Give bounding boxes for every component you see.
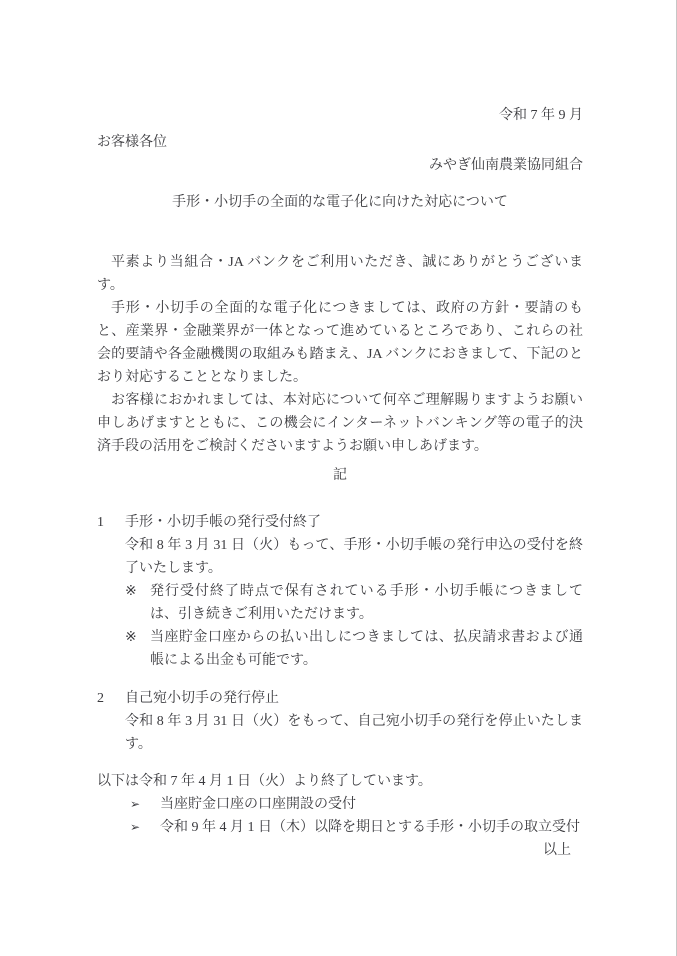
recipient-line: お客様各位 [97, 131, 583, 154]
ki-label: 記 [97, 464, 583, 487]
document-title: 手形・小切手の全面的な電子化に向けた対応について [97, 191, 583, 214]
note-text: 当座貯金口座からの払い出しにつきましては、払戻請求書および通帳による出金も可能で… [150, 626, 583, 672]
paragraph-greeting: 平素より当組合・JA バンクをご利用いただき、誠にありがとうございます。 [97, 251, 583, 297]
note-marker-icon: ※ [125, 580, 150, 626]
section-1-title: 手形・小切手帳の発行受付終了 [125, 511, 321, 534]
section-1-number: 1 [97, 511, 125, 534]
section-2-heading: 2 自己宛小切手の発行停止 [97, 687, 583, 710]
section-2: 2 自己宛小切手の発行停止 令和 8 年 3 月 31 日（火）をもって、自己宛… [97, 687, 583, 756]
ended-item-1: ➢ 当座貯金口座の口座開設の受付 [130, 793, 583, 816]
section-1-note-2: ※ 当座貯金口座からの払い出しにつきましては、払戻請求書および通帳による出金も可… [125, 626, 583, 672]
ended-item-text: 当座貯金口座の口座開設の受付 [160, 793, 583, 816]
section-2-number: 2 [97, 687, 125, 710]
note-text: 発行受付終了時点で保有されている手形・小切手帳につきましては、引き続きご利用いた… [150, 580, 583, 626]
body-paragraphs: 平素より当組合・JA バンクをご利用いただき、誠にありがとうございます。 手形・… [97, 251, 583, 458]
document-page: 令和 7 年 9 月 お客様各位 みやぎ仙南農業協同組合 手形・小切手の全面的な… [0, 0, 677, 956]
ended-item-2: ➢ 令和 9 年 4 月 1 日（木）以降を期日とする手形・小切手の取立受付 [130, 816, 583, 839]
paragraph-background: 手形・小切手の全面的な電子化につきましては、政府の方針・要請のもと、産業界・金融… [97, 297, 583, 389]
document-content: 令和 7 年 9 月 お客様各位 みやぎ仙南農業協同組合 手形・小切手の全面的な… [97, 104, 583, 862]
section-2-body: 令和 8 年 3 月 31 日（火）をもって、自己宛小切手の発行を停止いたします… [125, 710, 583, 756]
sender-line: みやぎ仙南農業協同組合 [97, 154, 583, 177]
arrowhead-bullet-icon: ➢ [130, 816, 160, 839]
note-marker-icon: ※ [125, 626, 150, 672]
section-1-heading: 1 手形・小切手帳の発行受付終了 [97, 511, 583, 534]
ended-services-intro: 以下は令和 7 年 4 月 1 日（火）より終了しています。 [97, 770, 583, 793]
section-1: 1 手形・小切手帳の発行受付終了 令和 8 年 3 月 31 日（火）もって、手… [97, 511, 583, 672]
paragraph-request: お客様におかれましては、本対応について何卒ご理解賜りますようお願い申しあげますと… [97, 389, 583, 458]
date-line: 令和 7 年 9 月 [97, 104, 583, 127]
ended-item-text: 令和 9 年 4 月 1 日（木）以降を期日とする手形・小切手の取立受付 [160, 816, 583, 839]
closing-label: 以上 [97, 839, 583, 862]
section-2-title: 自己宛小切手の発行停止 [125, 687, 279, 710]
arrowhead-bullet-icon: ➢ [130, 793, 160, 816]
section-1-body: 令和 8 年 3 月 31 日（火）もって、手形・小切手帳の発行申込の受付を終了… [125, 534, 583, 580]
section-1-note-1: ※ 発行受付終了時点で保有されている手形・小切手帳につきましては、引き続きご利用… [125, 580, 583, 626]
